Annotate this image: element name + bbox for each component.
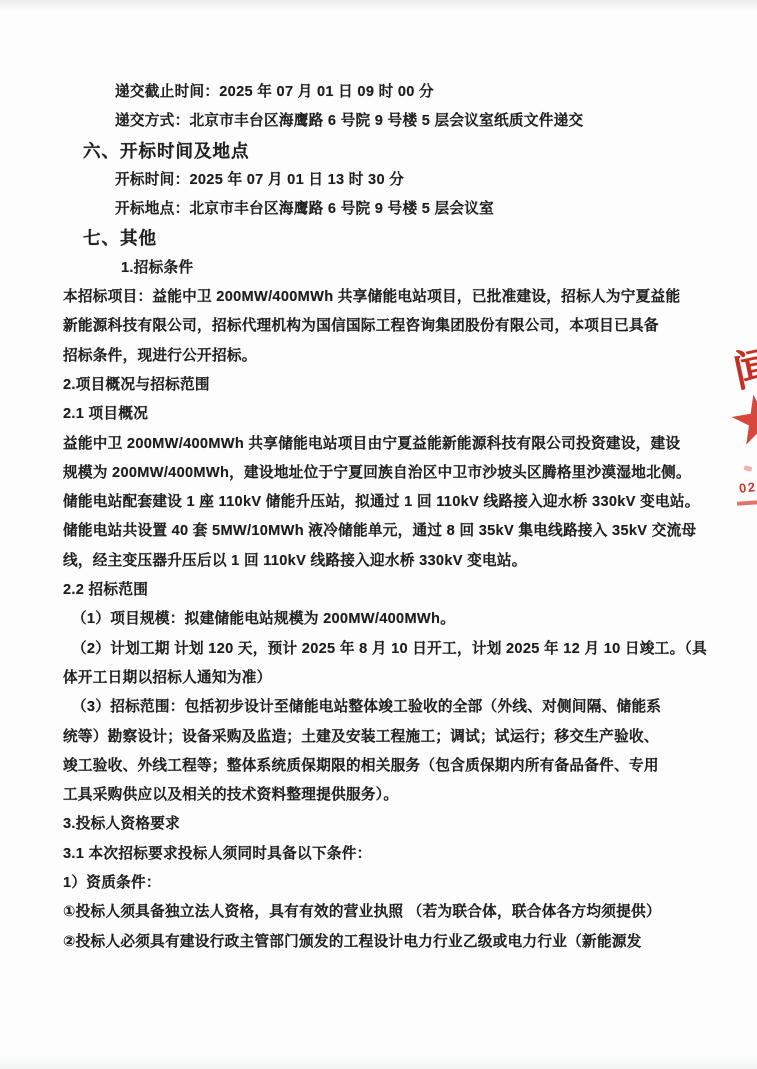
paragraph-line: 工具采购供应以及相关的技术资料整理提供服务）。 (63, 781, 757, 810)
project-overview-subtitle: 2.1 项目概况 (63, 400, 757, 429)
qualification-subtitle: 1）资质条件： (63, 869, 757, 898)
qualification-item-1: ①投标人须具备独立法人资格，具有有效的营业执照 （若为联合体，联合体各方均须提供… (63, 898, 757, 927)
project-overview-title: 2.项目概况与招标范围 (63, 371, 757, 400)
qualification-item-2: ②投标人必须具有建设行政主管部门颁发的工程设计电力行业乙级或电力行业（新能源发 (63, 928, 757, 957)
paragraph-line: 本招标项目：益能中卫 200MW/400MWh 共享储能电站项目，已批准建设，招… (63, 283, 757, 312)
scope-item-2: （2）计划工期 计划 120 天，预计 2025 年 8 月 10 日开工，计划… (63, 635, 757, 664)
paragraph-line: 新能源科技有限公司，招标代理机构为国信国际工程咨询集团股份有限公司，本项目已具备 (63, 312, 757, 341)
bid-opening-place-line: 开标地点：北京市丰台区海鹰路 6 号院 9 号楼 5 层会议室 (63, 195, 757, 224)
bidder-qualification-title: 3.投标人资格要求 (63, 810, 757, 839)
paragraph-line: 统等）勘察设计；设备采购及监造；土建及安装工程施工；调试；试运行；移交生产验收、 (63, 723, 757, 752)
paragraph-line: 招标条件，现进行公开招标。 (63, 342, 757, 371)
bid-opening-time-line: 开标时间：2025 年 07 月 01 日 13 时 30 分 (63, 166, 757, 195)
tender-conditions-title: 1.招标条件 (63, 254, 757, 283)
paragraph-line: 储能电站配套建设 1 座 110kV 储能升压站，拟通过 1 回 110kV 线… (63, 488, 757, 517)
scope-item-1: （1）项目规模：拟建储能电站规模为 200MW/400MWh。 (63, 605, 757, 634)
paragraph-line: 3.1 本次招标要求投标人须同时具备以下条件： (63, 840, 757, 869)
paragraph-line: 线，经主变压器升压后以 1 回 110kV 线路接入迎水桥 330kV 变电站。 (63, 547, 757, 576)
tender-scope-subtitle: 2.2 招标范围 (63, 576, 757, 605)
document-body: 递交截止时间：2025 年 07 月 01 日 09 时 00 分 递交方式：北… (63, 78, 757, 957)
paragraph-line: 竣工验收、外线工程等；整体系统质保期限的相关服务（包含质保期内所有备品备件、专用 (63, 752, 757, 781)
section-heading-6: 六、开标时间及地点 (63, 137, 757, 166)
scan-artifact-bottom (0, 1053, 757, 1069)
scan-artifact-top (0, 0, 757, 14)
paragraph-line: 益能中卫 200MW/400MWh 共享储能电站项目由宁夏益能新能源科技有限公司… (63, 430, 757, 459)
paragraph-line: 规模为 200MW/400MWh，建设地址位于宁夏回族自治区中卫市沙坡头区腾格里… (63, 459, 757, 488)
scope-item-3: （3）招标范围：包括初步设计至储能电站整体竣工验收的全部（外线、对侧间隔、储能系 (63, 693, 757, 722)
scanned-document-page: 递交截止时间：2025 年 07 月 01 日 09 时 00 分 递交方式：北… (0, 0, 757, 1069)
submission-deadline-line: 递交截止时间：2025 年 07 月 01 日 09 时 00 分 (63, 78, 757, 107)
paragraph-line: 体开工日期以招标人通知为准） (63, 664, 757, 693)
paragraph-line: 储能电站共设置 40 套 5MW/10MWh 液冷储能单元，通过 8 回 35k… (63, 517, 757, 546)
section-heading-7: 七、其他 (63, 224, 757, 253)
submission-method-line: 递交方式：北京市丰台区海鹰路 6 号院 9 号楼 5 层会议室纸质文件递交 (63, 107, 757, 136)
